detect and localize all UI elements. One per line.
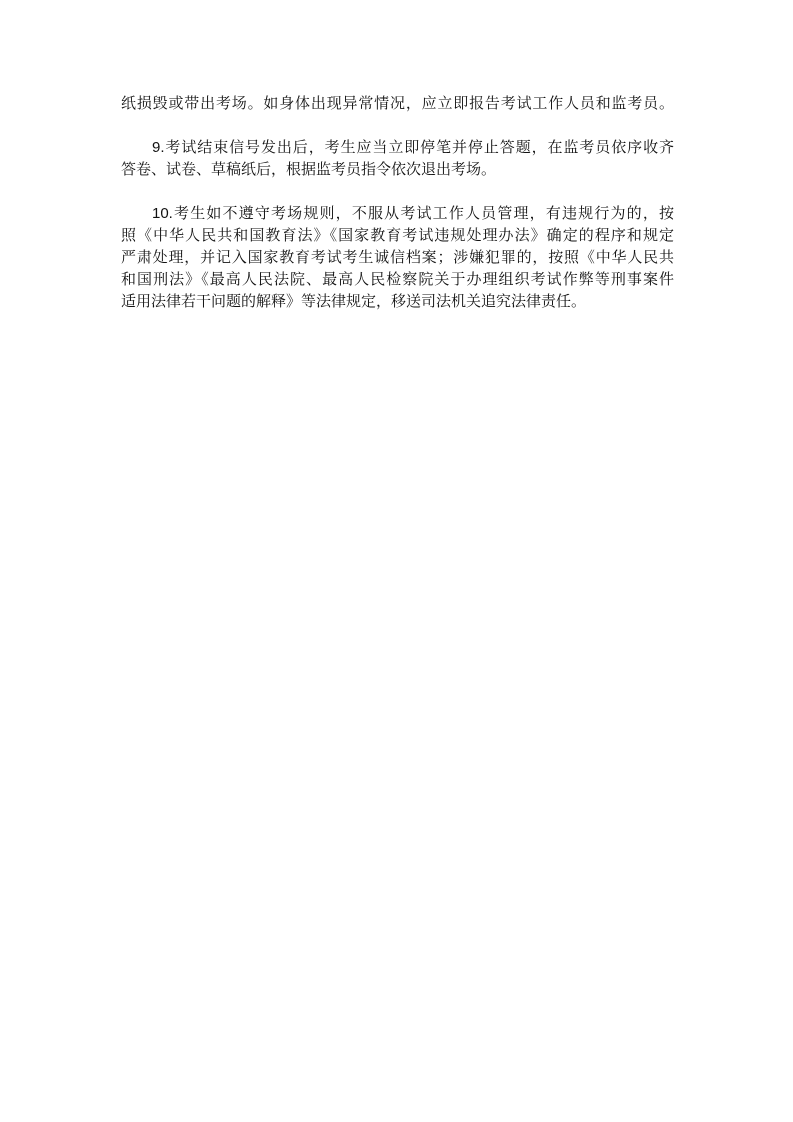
rule-number: 9. xyxy=(152,139,165,156)
text-line: 和国刑法》《最高人民法院、最高人民检察院关于办理组织考试作弊等刑事案件 xyxy=(121,268,674,290)
paragraph-rule-10: 10.考生如不遵守考场规则，不服从考试工作人员管理，有违规行为的，按 照《中华人… xyxy=(121,202,674,312)
paragraph-rule-9: 9.考试结束信号发出后，考生应当立即停笔并停止答题，在监考员依序收齐 答卷、试卷… xyxy=(121,136,674,180)
text-line: 严肃处理，并记入国家教育考试考生诚信档案；涉嫌犯罪的，按照《中华人民共 xyxy=(121,246,674,268)
text-line-content: 考试结束信号发出后，考生应当立即停笔并停止答题，在监考员依序收齐 xyxy=(165,138,674,156)
text-line: 照《中华人民共和国教育法》《国家教育考试违规处理办法》确定的程序和规定 xyxy=(121,224,674,246)
text-line: 答卷、试卷、草稿纸后，根据监考员指令依次退出考场。 xyxy=(121,158,674,180)
text-line: 10.考生如不遵守考场规则，不服从考试工作人员管理，有违规行为的，按 xyxy=(121,202,674,224)
text-line: 9.考试结束信号发出后，考生应当立即停笔并停止答题，在监考员依序收齐 xyxy=(121,136,674,158)
rule-number: 10. xyxy=(152,205,173,222)
document-page: 纸损毁或带出考场。如身体出现异常情况，应立即报告考试工作人员和监考员。 9.考试… xyxy=(121,92,674,334)
text-line-content: 考生如不遵守考场规则，不服从考试工作人员管理，有违规行为的，按 xyxy=(173,204,674,222)
paragraph-continuation: 纸损毁或带出考场。如身体出现异常情况，应立即报告考试工作人员和监考员。 xyxy=(121,92,674,114)
text-line: 纸损毁或带出考场。如身体出现异常情况，应立即报告考试工作人员和监考员。 xyxy=(121,92,674,114)
text-line: 适用法律若干问题的解释》等法律规定，移送司法机关追究法律责任。 xyxy=(121,290,674,312)
